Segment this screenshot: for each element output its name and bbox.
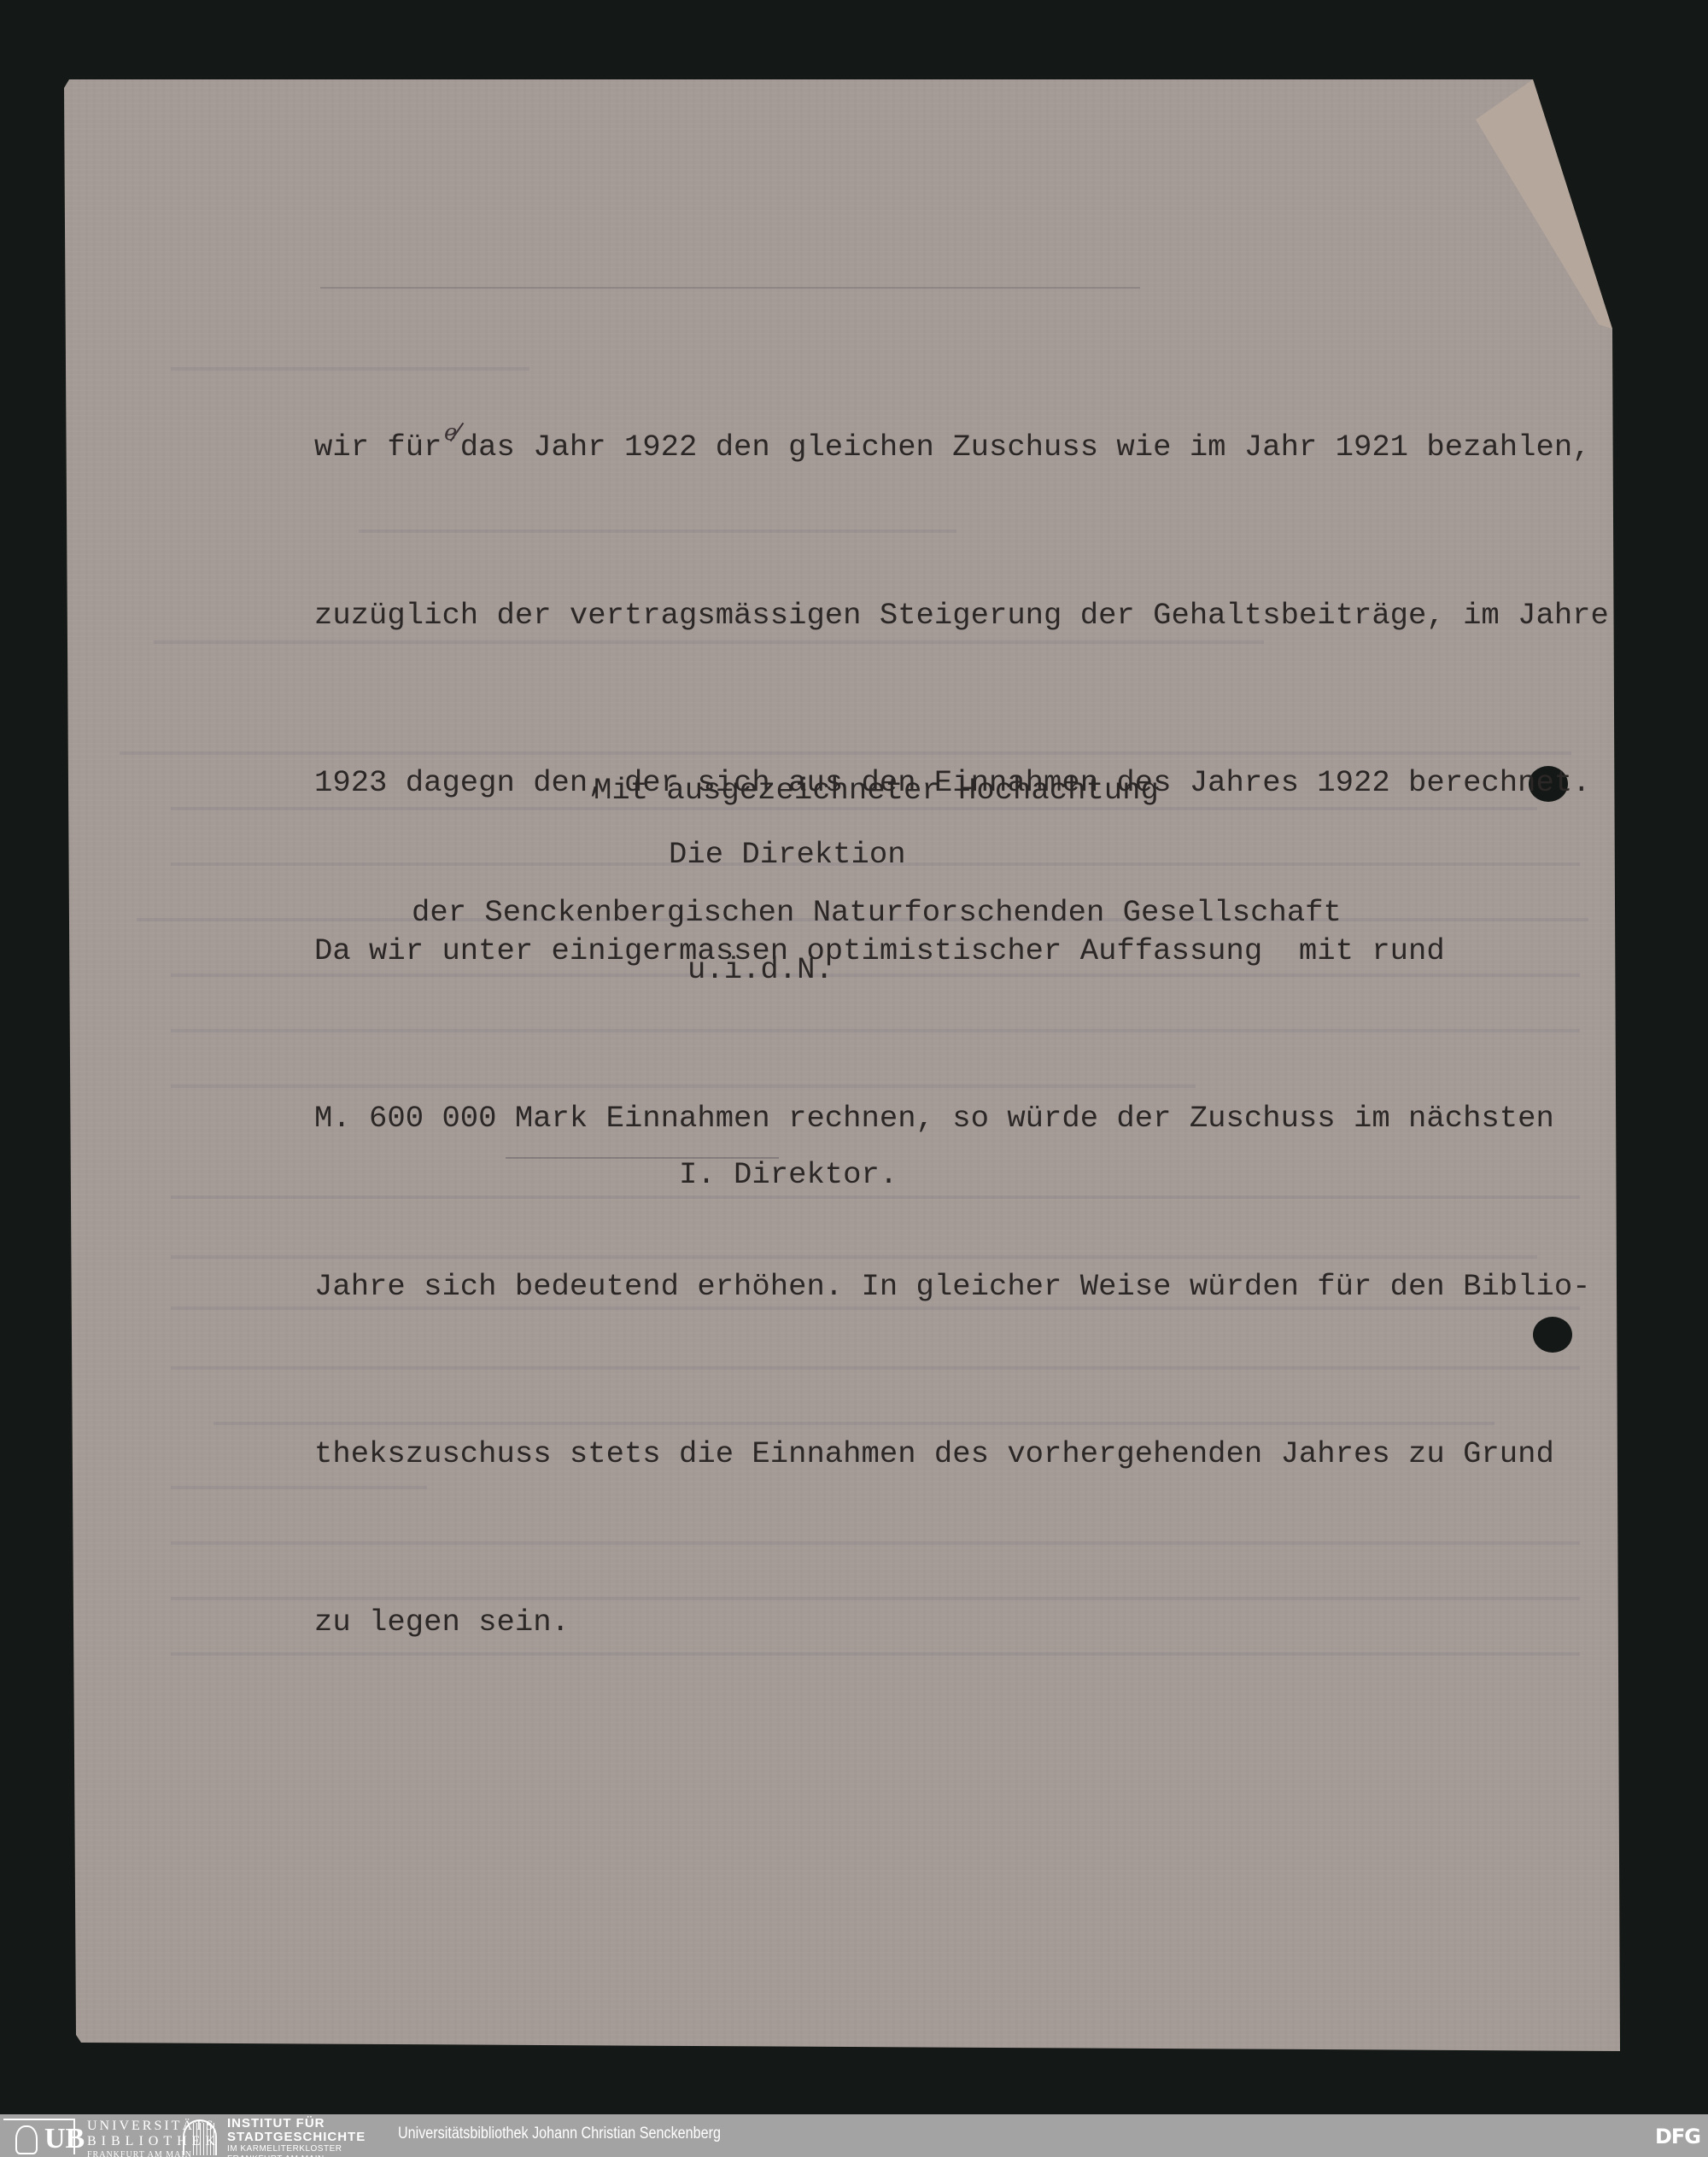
body-line: thekszuschuss stets die Einnahmen des vo… (314, 1426, 1629, 1482)
portrait-icon (15, 2125, 38, 2154)
ub-logo: UB UNIVERSITÄTS BIBLIOTHEK FRANKFURT AM … (3, 2118, 75, 2155)
body-line: wir für das Jahr 1922 den gleichen Zusch… (314, 419, 1629, 476)
closing-salutation: Mit ausgezeichneter Hochachtung (594, 773, 1159, 808)
isg-name-line2: STADTGESCHICHTE (227, 2131, 366, 2143)
isg-name-line1: INSTITUT FÜR (227, 2117, 366, 2130)
dfg-logo: DFG (1655, 2125, 1700, 2148)
letter-body: wir für das Jahr 1922 den gleichen Zusch… (314, 307, 1629, 1706)
body-line: zuzüglich der vertragsmässigen Steigerun… (314, 587, 1629, 644)
isg-name-line3: IM KARMELITERKLOSTER (227, 2145, 366, 2154)
body-line: M. 600 000 Mark Einnahmen rechnen, so wü… (314, 1090, 1629, 1147)
closing-society: der Senckenbergischen Naturforschenden G… (412, 895, 1342, 930)
isg-arch-icon (183, 2119, 220, 2155)
faint-rule (320, 287, 1140, 289)
ub-logo-frame: UB (3, 2119, 75, 2154)
library-name: Universitätsbibliothek Johann Christian … (398, 2125, 721, 2143)
closing-uidn: u.i.d.N. (687, 952, 834, 987)
body-line: Da wir unter einigermassen optimistische… (314, 923, 1629, 979)
signature-title: I. Direktor. (679, 1157, 898, 1192)
body-line: Jahre sich bedeutend erhöhen. In gleiche… (314, 1259, 1629, 1315)
ub-mark: UB (44, 2122, 85, 2156)
closing-direction: Die Direktion (669, 837, 906, 872)
footer-bar: UB UNIVERSITÄTS BIBLIOTHEK FRANKFURT AM … (0, 2114, 1708, 2157)
body-line: zu legen sein. (314, 1594, 1629, 1651)
isg-name: INSTITUT FÜR STADTGESCHICHTE IM KARMELIT… (227, 2117, 366, 2157)
